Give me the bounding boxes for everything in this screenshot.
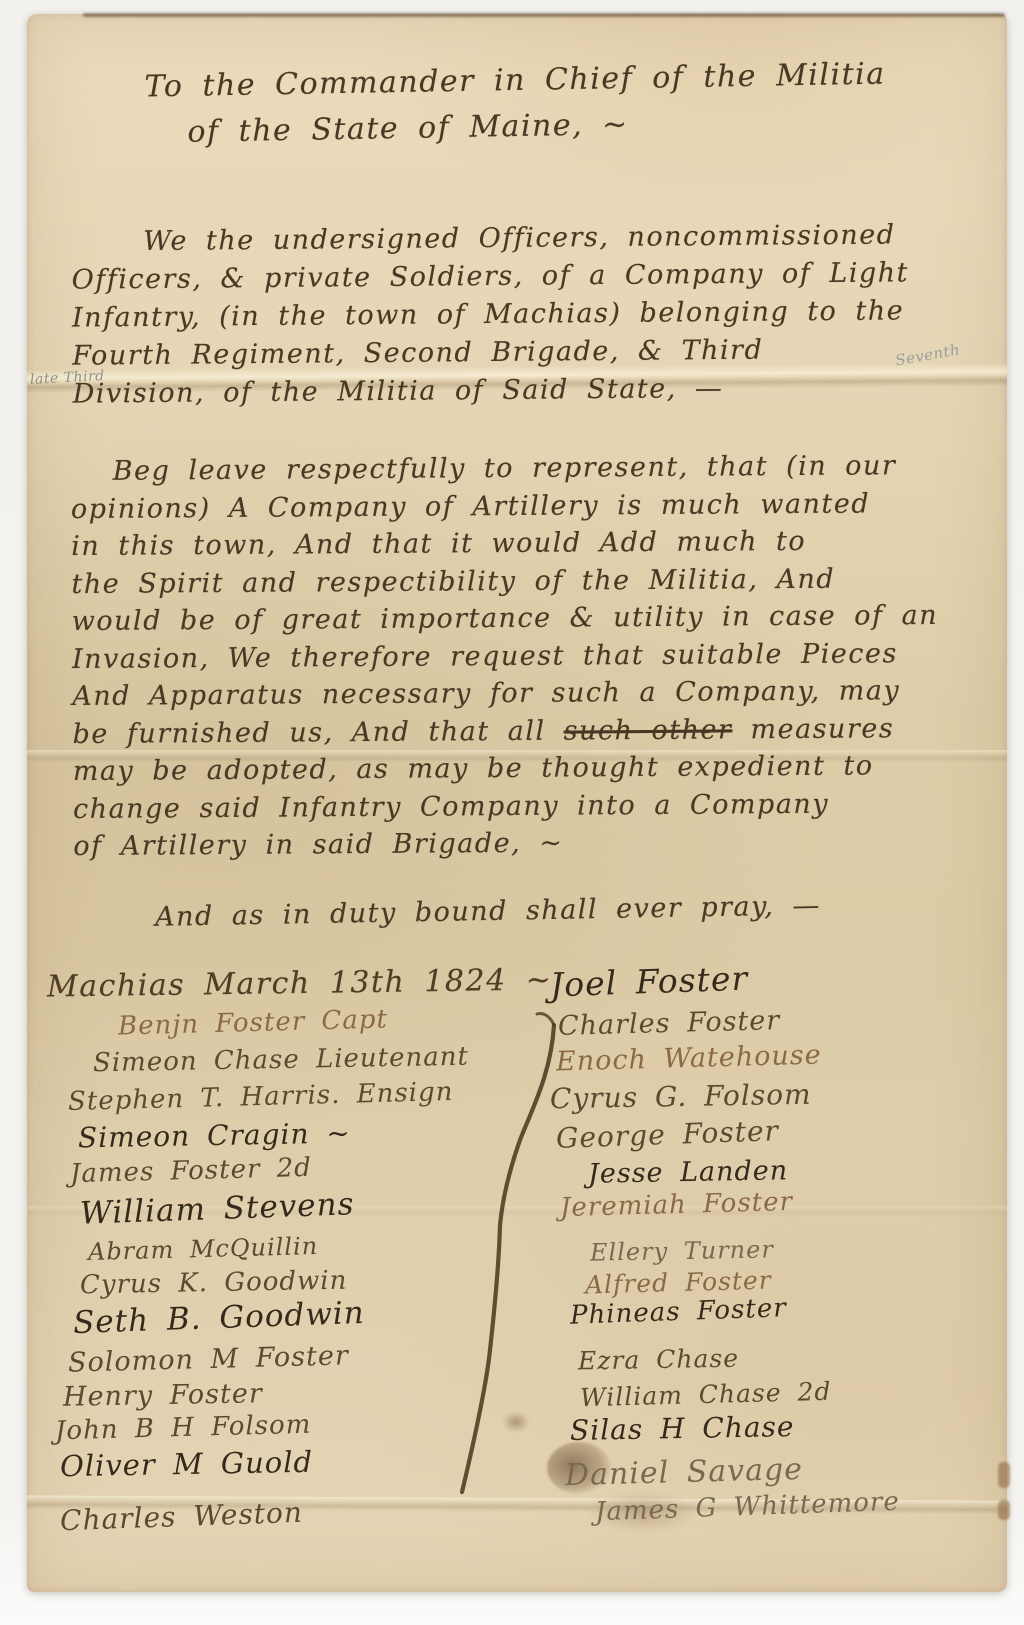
signature: John B H Folsom xyxy=(55,1410,312,1447)
petition-line: opinions) A Company of Artillery is much… xyxy=(71,484,938,528)
petition-line: Beg leave respectfully to represent, tha… xyxy=(113,447,938,490)
signature: Ezra Chase xyxy=(578,1344,739,1376)
signature: Jeremiah Foster xyxy=(560,1187,794,1223)
petition-line: Division, of the Militia of Said State, … xyxy=(73,368,911,413)
petition-request: Beg leave respectfully to represent, tha… xyxy=(71,447,940,866)
signature: George Foster xyxy=(555,1114,779,1155)
signature: Phineas Foster xyxy=(570,1293,788,1331)
signature: Jesse Landen xyxy=(588,1155,789,1189)
strike-after: measures xyxy=(732,713,894,745)
petition-line: may be adopted, as may be thought expedi… xyxy=(73,747,940,791)
petition-line: in this town, And that it would Add much… xyxy=(71,522,938,566)
signature: Benjn Foster Capt xyxy=(118,1004,389,1041)
signature: William Chase 2d xyxy=(580,1377,832,1413)
torn-edge xyxy=(998,1462,1010,1488)
signature: Charles Weston xyxy=(59,1496,303,1537)
signature: Cyrus K. Goodwin xyxy=(80,1266,348,1301)
torn-edge xyxy=(998,1500,1010,1520)
signature: Cyrus G. Folsom xyxy=(550,1078,812,1116)
scanned-document-view: To the Commander in Chief of the Militia… xyxy=(0,0,1024,1625)
signature: Daniel Savage xyxy=(565,1452,804,1493)
strike-before: be furnished us, And that all xyxy=(72,715,563,749)
struck-text: such other xyxy=(564,714,733,746)
signature: James Foster 2d xyxy=(70,1153,313,1189)
signature: Charles Foster xyxy=(558,1005,781,1042)
place-date-line: Machias March 13th 1824 ~ xyxy=(47,962,553,1004)
signature: James G Whittemore xyxy=(595,1487,901,1528)
petition-line: change said Infantry Company into a Comp… xyxy=(73,784,940,828)
petition-line: the Spirit and respectibility of the Mil… xyxy=(71,559,938,603)
petition-line: Invasion, We therefore request that suit… xyxy=(72,634,939,678)
paper-top-edge-shadow xyxy=(83,13,1005,17)
signature: Simeon Cragin ~ xyxy=(78,1117,351,1155)
signature: Stephen T. Harris. Ensign xyxy=(68,1077,454,1117)
petition-line-with-strikeout: be furnished us, And that all such other… xyxy=(72,709,939,753)
signature: William Stevens xyxy=(79,1186,355,1232)
signature: Seth B. Goodwin xyxy=(72,1295,365,1341)
signature: Joel Foster xyxy=(549,959,748,1005)
petition-salutation: To the Commander in Chief of the Militia… xyxy=(144,52,887,157)
signature: Solomon M Foster xyxy=(68,1340,350,1378)
petition-line: Infantry, (in the town of Machias) belon… xyxy=(72,292,910,337)
petition-line: We the undersigned Officers, noncommissi… xyxy=(143,216,909,261)
signature: Simeon Chase Lieutenant xyxy=(93,1042,469,1079)
petition-line: would be of great importance & utility i… xyxy=(72,597,939,641)
prayer-line: And as in duty bound shall ever pray, — xyxy=(155,890,821,933)
signature: Abram McQuillin xyxy=(88,1232,319,1266)
petition-line: of Artillery in said Brigade, ~ xyxy=(73,822,940,866)
petition-page: To the Commander in Chief of the Militia… xyxy=(27,14,1007,1592)
petition-line: And Apparatus necessary for such a Compa… xyxy=(72,672,939,716)
signature: Ellery Turner xyxy=(590,1235,774,1266)
signature: Henry Foster xyxy=(63,1378,263,1412)
ink-stain xyxy=(503,1412,529,1432)
petition-preamble: We the undersigned Officers, noncommissi… xyxy=(71,216,910,413)
signature: Silas H Chase xyxy=(570,1410,795,1447)
signature: Enoch Watehouse xyxy=(556,1040,822,1078)
signature: Oliver M Guold xyxy=(60,1445,314,1483)
